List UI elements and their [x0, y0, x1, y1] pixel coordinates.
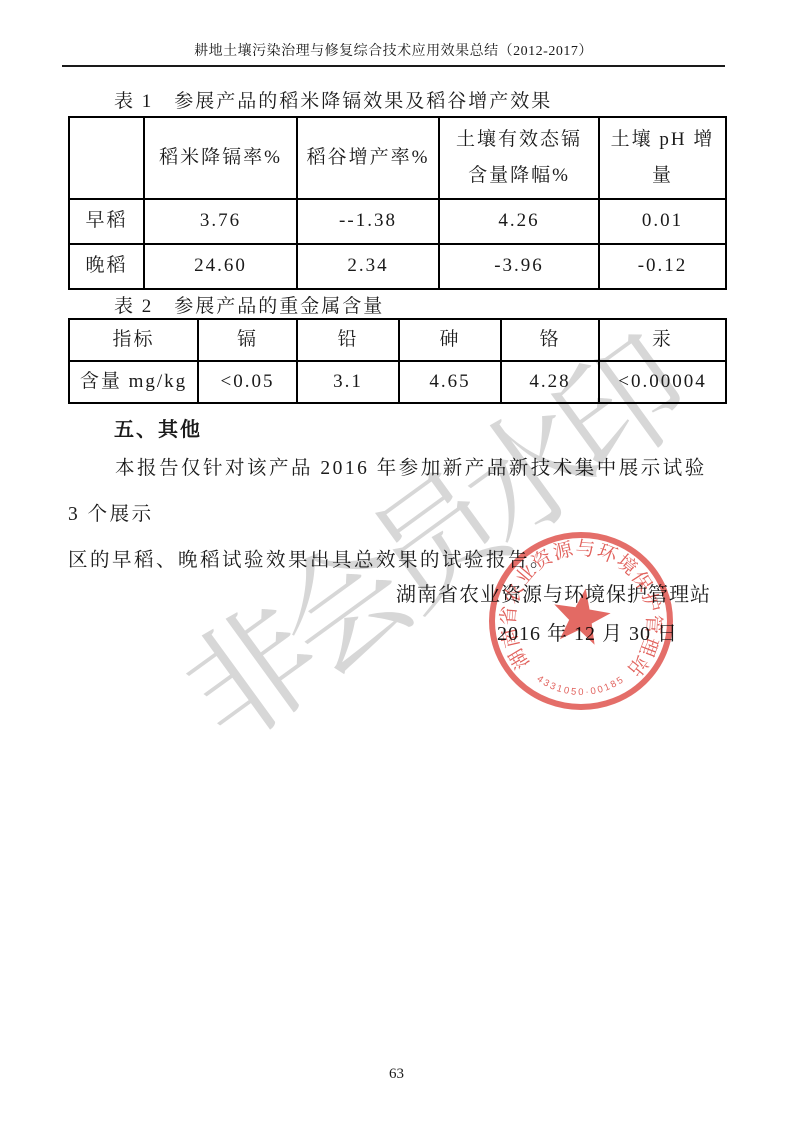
- table1-header-soil-ph: 土壤 pH 增量: [599, 117, 726, 199]
- table1-header-yield-increase: 稻谷增产率%: [297, 117, 439, 199]
- table2-header-mercury: 汞: [599, 319, 726, 361]
- table1-header-soil-cd: 土壤有效态镉含量降幅%: [439, 117, 599, 199]
- table1-row-early-rice: 早稻 3.76 --1.38 4.26 0.01: [69, 199, 726, 244]
- cell-value: --1.38: [297, 199, 439, 244]
- cell-value: <0.05: [198, 361, 297, 403]
- cell-value: 2.34: [297, 244, 439, 289]
- row-label: 早稻: [69, 199, 144, 244]
- paragraph-line-1: 本报告仅针对该产品 2016 年参加新产品新技术集中展示试验 3 个展示: [68, 446, 726, 538]
- row-label: 晚稻: [69, 244, 144, 289]
- cell-value: -3.96: [439, 244, 599, 289]
- section-heading-other: 五、其他: [114, 413, 202, 442]
- table1-header-row: 稻米降镉率% 稻谷增产率% 土壤有效态镉含量降幅% 土壤 pH 增量: [69, 117, 726, 199]
- cell-value: 4.65: [399, 361, 501, 403]
- paragraph-line-2: 区的早稻、晚稻试验效果出具总效果的试验报告。: [68, 550, 552, 571]
- official-stamp: 湖南省农业资源与环境保护管理站 4331050·00185: [486, 528, 676, 714]
- cell-value: 24.60: [144, 244, 297, 289]
- table2-title: 表 2 参展产品的重金属含量: [114, 291, 384, 318]
- stamp-serial: 4331050·00185: [535, 674, 627, 698]
- table2-header-chromium: 铬: [501, 319, 599, 361]
- table1-title: 表 1 参展产品的稻米降镉效果及稻谷增产效果: [114, 86, 552, 113]
- table1: 稻米降镉率% 稻谷增产率% 土壤有效态镉含量降幅% 土壤 pH 增量 早稻 3.…: [68, 116, 727, 290]
- table1-header-blank: [69, 117, 144, 199]
- table2-header-row: 指标 镉 铅 砷 铬 汞: [69, 319, 726, 361]
- table2: 指标 镉 铅 砷 铬 汞 含量 mg/kg <0.05 3.1 4.65 4.2…: [68, 318, 727, 404]
- running-header: 耕地土壤污染治理与修复综合技术应用效果总结（2012-2017）: [62, 40, 725, 67]
- cell-value: 3.1: [297, 361, 399, 403]
- cell-value: <0.00004: [599, 361, 726, 403]
- row-label: 含量 mg/kg: [69, 361, 198, 403]
- table2-header-indicator: 指标: [69, 319, 198, 361]
- table1-header-cd-reduction: 稻米降镉率%: [144, 117, 297, 199]
- table2-header-lead: 铅: [297, 319, 399, 361]
- table2-header-arsenic: 砷: [399, 319, 501, 361]
- table2-header-cadmium: 镉: [198, 319, 297, 361]
- page-number: 63: [0, 1066, 793, 1083]
- cell-value: 4.28: [501, 361, 599, 403]
- document-page: 非会员水印 耕地土壤污染治理与修复综合技术应用效果总结（2012-2017） 表…: [0, 0, 793, 1122]
- cell-value: 4.26: [439, 199, 599, 244]
- star-icon: [549, 584, 614, 647]
- cell-value: -0.12: [599, 244, 726, 289]
- table1-row-late-rice: 晚稻 24.60 2.34 -3.96 -0.12: [69, 244, 726, 289]
- table2-row-content: 含量 mg/kg <0.05 3.1 4.65 4.28 <0.00004: [69, 361, 726, 403]
- cell-value: 0.01: [599, 199, 726, 244]
- cell-value: 3.76: [144, 199, 297, 244]
